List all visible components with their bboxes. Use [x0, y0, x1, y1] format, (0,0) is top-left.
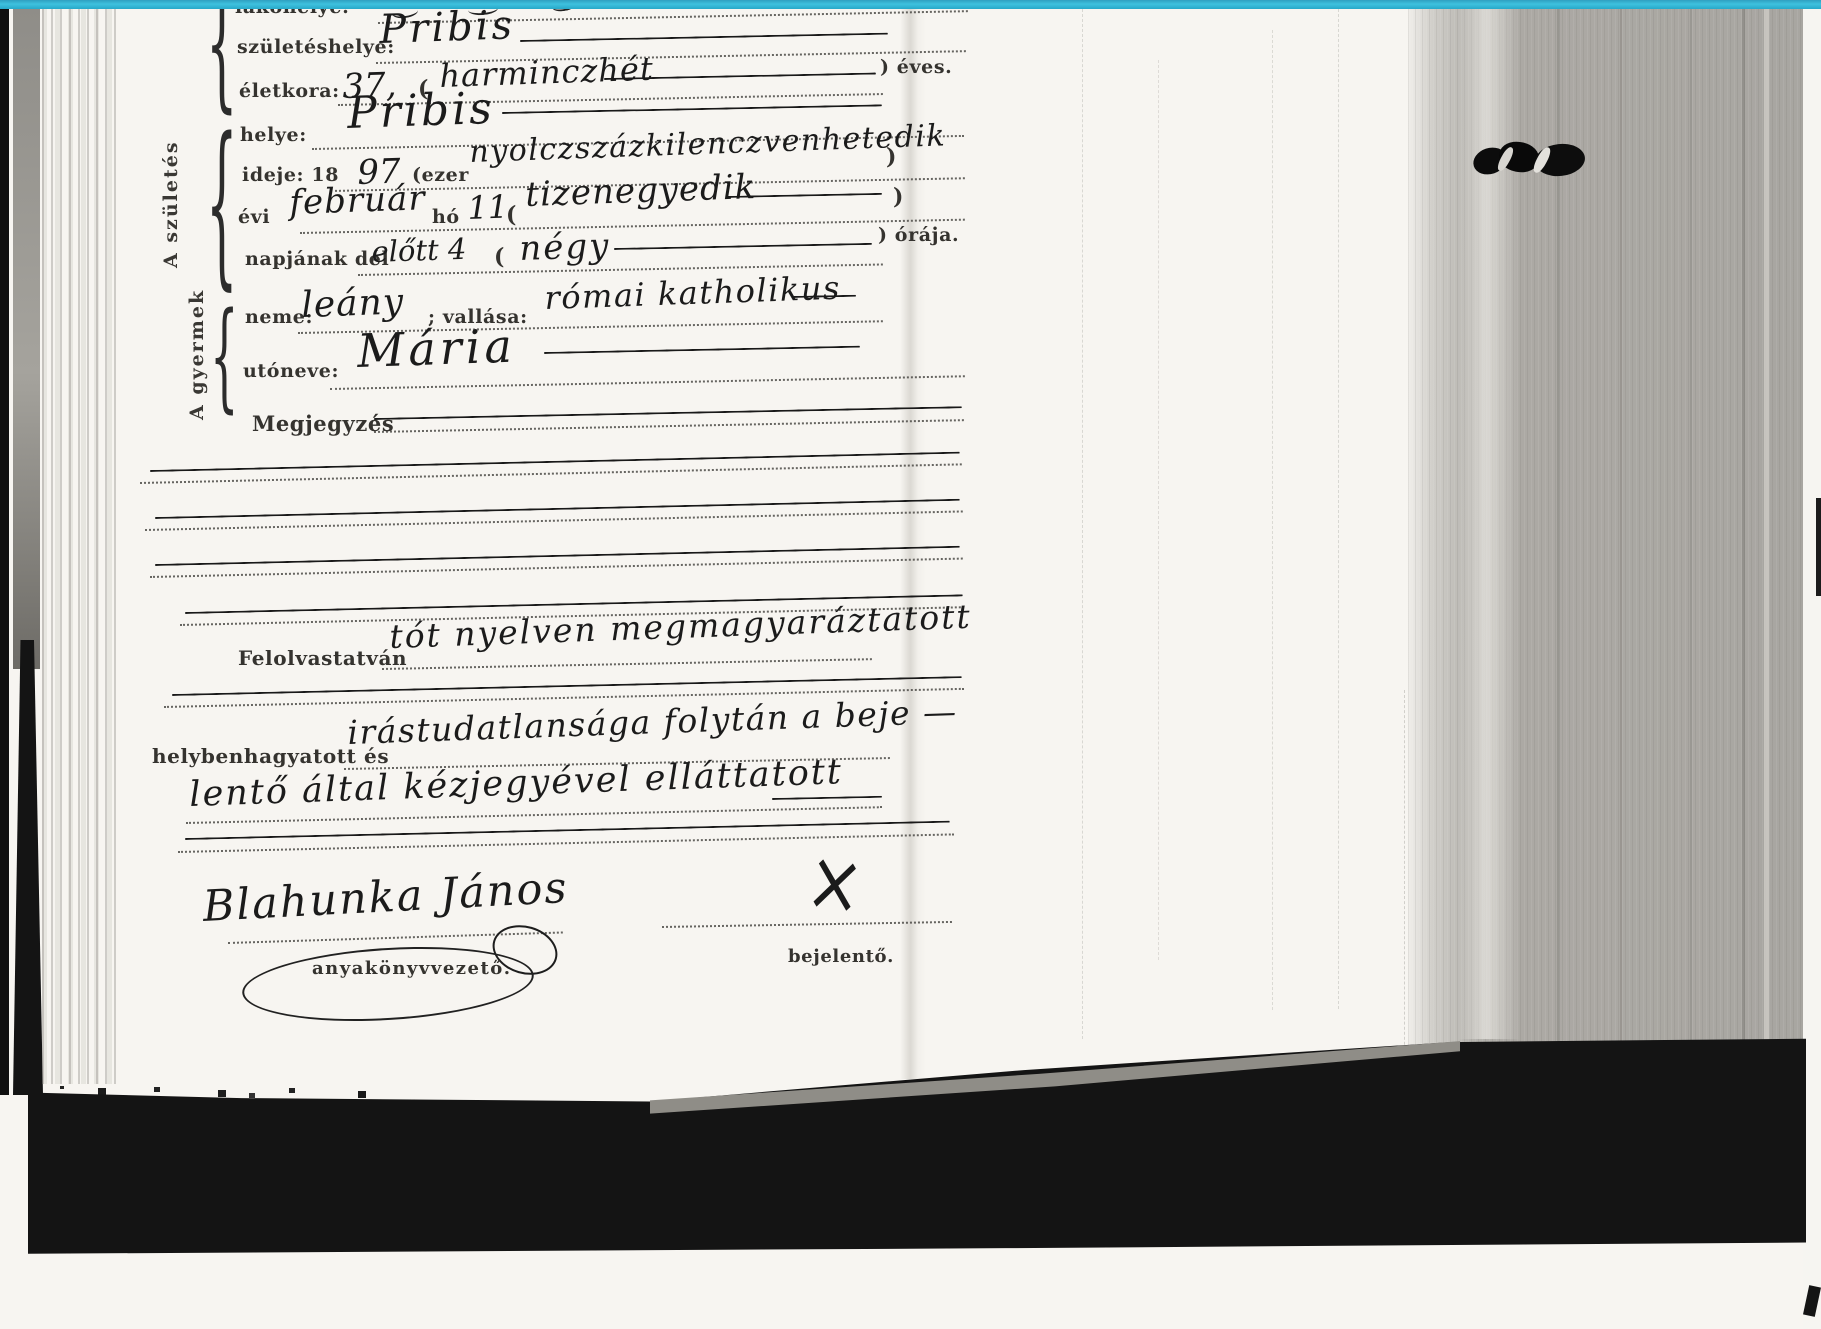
brace-top-group: {	[206, 0, 238, 114]
stacked-page-edges	[42, 9, 118, 1084]
signature-flourish-oval	[240, 939, 536, 1029]
field-helye-label: helye:	[240, 126, 307, 145]
gutter-streak-line	[1690, 9, 1692, 1042]
field-ideje-year-text: nyolczszázkilenczvenhetedik	[469, 121, 947, 168]
page-fold-shadow	[900, 9, 926, 1079]
pen-fill-line	[520, 33, 888, 42]
pen-fill-line	[502, 104, 882, 114]
field-evi-close-paren: )	[893, 186, 904, 208]
field-neme-value: leány	[301, 284, 405, 324]
page-crease	[1082, 9, 1084, 1039]
field-helye-value: Pribis	[346, 87, 495, 136]
field-evi-ho: hó	[432, 208, 460, 227]
brace-gyermek-group: {	[210, 296, 239, 414]
binding-cord	[1471, 134, 1593, 182]
registrar-signature: Blahunka János	[202, 867, 570, 929]
pen-fill-line	[614, 243, 872, 250]
left-gray-wedge	[13, 9, 40, 669]
field-utoneve-value: Mária	[356, 322, 516, 374]
scanner-strip	[0, 0, 1821, 9]
field-eletkora-label: életkora:	[239, 82, 340, 101]
page-crease	[1158, 60, 1160, 960]
ruled-line-solid	[155, 499, 960, 519]
field-evi-open-paren: (	[506, 204, 517, 226]
ruled-line-dotted	[374, 419, 964, 433]
ruled-line-solid	[172, 676, 962, 696]
field-napjanak-hour-text: négy	[519, 229, 611, 266]
ruled-line-solid	[150, 452, 960, 472]
field-evi-day-text: tizenegyedik	[525, 170, 757, 212]
ruled-line-dotted	[300, 219, 965, 234]
pen-fill-line	[544, 346, 860, 354]
helybenhagyatott-line1: irástudatlansága folytán a beje —	[347, 695, 958, 749]
pen-fill-line	[772, 796, 882, 800]
field-utoneve-label: utóneve:	[243, 362, 339, 381]
right-edge-mark	[1816, 498, 1821, 596]
left-black-wedge	[13, 640, 43, 1095]
brace-szuletes-group: {	[206, 114, 238, 291]
ruled-line-solid	[374, 406, 962, 420]
field-evi-month: február	[289, 181, 426, 220]
felolvastatvan-value: tót nyelven megmagyaráztatott	[389, 600, 972, 653]
declarant-mark: ×	[801, 837, 868, 929]
section-label-a-gyermek: A gyermek	[186, 295, 208, 420]
felolvastatvan-label: Felolvastatván	[238, 648, 407, 668]
registrar-title: anyakönyvvezető.	[312, 960, 512, 978]
gutter-streak-line	[1620, 9, 1622, 1044]
field-ideje-close-paren: )	[886, 146, 897, 168]
field-eletkora-eves: ) éves.	[880, 58, 952, 77]
page-crease	[1272, 30, 1274, 1010]
megjegyzes-label: Megjegyzés	[252, 413, 394, 434]
scanned-birth-register-page: { { { A születés A gyermek lakóhelye: sz…	[0, 0, 1821, 1329]
ruled-line-dotted	[330, 375, 965, 390]
ruled-line-solid	[155, 546, 960, 566]
field-evi-day: 11	[467, 191, 509, 224]
field-vallasa-value: római katholikus	[544, 272, 841, 314]
section-label-a-szuletes: A születés	[160, 118, 182, 268]
field-szuleteshelye-value: Pribis	[379, 5, 516, 50]
field-evi-label: évi	[238, 208, 270, 227]
field-napjanak-open-paren: (	[494, 246, 505, 268]
page-crease	[1404, 690, 1406, 1090]
ruled-line-dotted	[382, 658, 872, 670]
field-napjanak-part: előtt 4	[371, 235, 467, 267]
left-scan-edge	[0, 9, 9, 1095]
gutter-streak-light	[1764, 9, 1769, 1042]
declarant-label: bejelentő.	[788, 948, 894, 966]
field-szuleteshelye-label: születéshelye:	[237, 38, 395, 57]
page-crease	[1338, 9, 1340, 1009]
gutter-streak-line	[1742, 9, 1745, 1042]
field-napjanak-label: napjának dél	[245, 250, 389, 269]
field-napjanak-oraja: ) órája.	[878, 226, 959, 245]
edge-specks	[60, 1086, 64, 1089]
